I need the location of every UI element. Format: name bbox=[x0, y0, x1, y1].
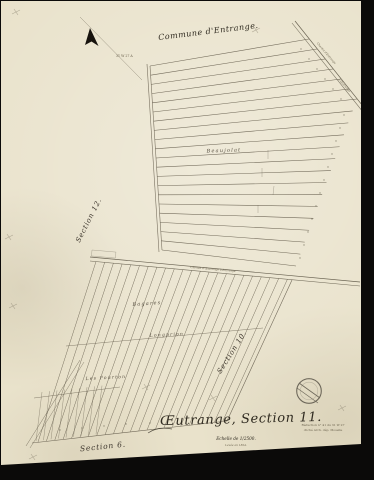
scale-label: Echelle de 1/2500. bbox=[196, 437, 276, 442]
map-linework bbox=[0, 0, 374, 480]
paper-sheet: Commune d'Entrange. 31 W 27 A Beaujolat … bbox=[0, 0, 374, 480]
archival-cote-label: 31 W 27 A bbox=[116, 55, 133, 59]
north-arrow bbox=[80, 17, 142, 80]
parcel-ticks bbox=[258, 150, 274, 213]
cadastral-map-scan: Commune d'Entrange. 31 W 27 A Beaujolat … bbox=[0, 0, 374, 480]
corner-marks bbox=[5, 9, 346, 460]
archive-note-line2: cliché Arch. dép. Moselle bbox=[288, 429, 358, 432]
scale-note: Levée en 1824. bbox=[196, 444, 276, 447]
archive-stamp bbox=[297, 379, 322, 404]
lower-sub-strips bbox=[36, 386, 102, 441]
archive-note-line1: Réduction n° 41 du 31 W 27 bbox=[288, 424, 358, 427]
